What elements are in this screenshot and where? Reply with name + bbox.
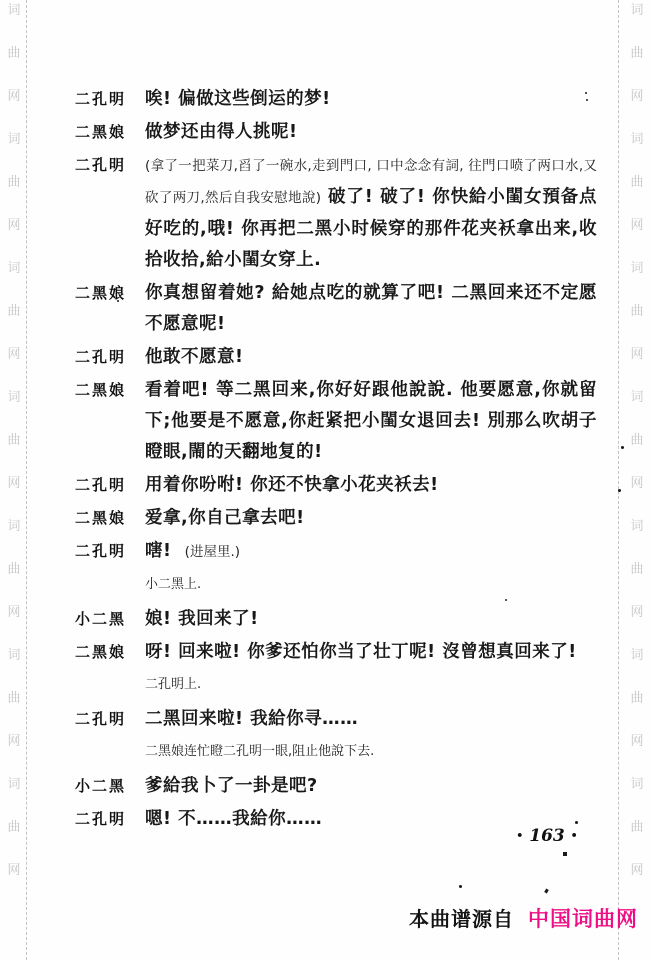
- speaker-name: 二孔明: [75, 804, 145, 835]
- script-line: 二孔明 嗐! (进屋里.): [75, 536, 597, 568]
- speaker-name: 小二黑: [75, 604, 145, 635]
- dialogue-text: 他敢不愿意!: [145, 342, 597, 373]
- script-line: 小二黑 娘! 我回来了!: [75, 604, 597, 635]
- speaker-name: 二孔明: [75, 342, 145, 373]
- script-line: 小二黑 爹給我卜了一卦是吧?: [75, 771, 597, 802]
- ink-speck: [544, 889, 549, 894]
- stage-direction: 小二黑上.: [145, 570, 597, 602]
- ink-speck: [563, 852, 567, 856]
- speaker-name: 二孔明: [75, 470, 145, 501]
- source-footer: 本曲谱源自中国词曲网: [409, 903, 638, 933]
- dialogue-text: 爹給我卜了一卦是吧?: [145, 771, 597, 802]
- right-dashed-rule: [618, 0, 619, 960]
- dialogue-text: 呀! 回来啦! 你爹还怕你当了壮丁呢! 沒曾想真回来了!: [145, 637, 597, 668]
- stage-direction: 二孔明上.: [145, 670, 597, 702]
- script-line: 二黑娘 做梦还由得人挑呢!: [75, 117, 597, 148]
- script-line: 二孔明 用着你吩咐! 你还不快拿小花夹袄去!: [75, 470, 597, 501]
- ink-speck: [621, 446, 624, 449]
- dialogue-text: 二黑回来啦! 我給你寻……: [145, 704, 597, 735]
- script-line: 二孔明 (拿了一把菜刀,舀了一碗水,走到門口, 口中念念有詞, 往門口喷了两口水…: [75, 150, 597, 276]
- speaker-name: 二黑娘: [75, 637, 145, 668]
- ink-speck: [117, 300, 119, 302]
- script-line: 小二黑上.: [75, 570, 597, 602]
- speaker-name: 二孔明: [75, 84, 145, 115]
- ink-speck: [618, 489, 621, 492]
- speaker-name: [75, 670, 145, 702]
- page-number-bullet: •: [571, 829, 578, 842]
- watermark-column-right: 词曲网词曲网词曲网词曲网词曲网词曲网词曲网: [626, 0, 648, 960]
- speaker-name: 二孔明: [75, 536, 145, 568]
- speaker-name: 二黑娘: [75, 117, 145, 148]
- speaker-name: 二黑娘: [75, 375, 145, 468]
- speaker-name: [75, 737, 145, 769]
- ink-speck: [586, 99, 588, 101]
- speaker-name: 二孔明: [75, 150, 145, 276]
- script-line: 二黑娘连忙瞪二孔明一眼,阻止他說下去.: [75, 737, 597, 769]
- script-line: 二孔明 二黑回来啦! 我給你寻……: [75, 704, 597, 735]
- script-line: 二黑娘 呀! 回来啦! 你爹还怕你当了壮丁呢! 沒曾想真回来了!: [75, 637, 597, 668]
- stage-direction: 二黑娘连忙瞪二孔明一眼,阻止他說下去.: [145, 737, 597, 769]
- left-dashed-rule: [26, 0, 27, 960]
- dialogue-text: (拿了一把菜刀,舀了一碗水,走到門口, 口中念念有詞, 往門口喷了两口水,又砍了…: [145, 150, 597, 276]
- script-body: 二孔明 唉! 偏做这些倒运的梦! 二黑娘 做梦还由得人挑呢! 二孔明 (拿了一把…: [75, 84, 597, 837]
- ink-speck: [459, 885, 462, 888]
- site-name: 中国词曲网: [528, 907, 638, 931]
- speaker-name: 二孔明: [75, 704, 145, 735]
- speaker-name: 二黑娘: [75, 503, 145, 534]
- dialogue-text: 你真想留着她? 給她点吃的就算了吧! 二黑回来还不定愿不愿意呢!: [145, 278, 597, 340]
- dialogue-text: 娘! 我回来了!: [145, 604, 597, 635]
- ink-speck: [575, 821, 578, 824]
- scanned-script-page: 词曲网词曲网词曲网词曲网词曲网词曲网词曲网 词曲网词曲网词曲网词曲网词曲网词曲网…: [0, 0, 650, 960]
- speaker-name: 二黑娘: [75, 278, 145, 340]
- dialogue-text: 嗐! (进屋里.): [145, 536, 597, 568]
- dialogue-text: 看着吧! 等二黑回来,你好好跟他說說. 他要愿意,你就留下;他要是不愿意,你赶紧…: [145, 375, 597, 468]
- page-number-value: 163: [529, 826, 565, 846]
- page-number: • 163 •: [512, 826, 582, 846]
- stage-direction: (进屋里.): [185, 544, 240, 560]
- dialogue-text: 做梦还由得人挑呢!: [145, 117, 597, 148]
- page-number-bullet: •: [516, 829, 523, 842]
- source-label: 本曲谱源自: [409, 907, 514, 931]
- script-line: 二孔明上.: [75, 670, 597, 702]
- script-line: 二黑娘 你真想留着她? 給她点吃的就算了吧! 二黑回来还不定愿不愿意呢!: [75, 278, 597, 340]
- dialogue-text: 嗐!: [145, 541, 171, 561]
- dialogue-text: 用着你吩咐! 你还不快拿小花夹袄去!: [145, 470, 597, 501]
- ink-speck: [585, 92, 587, 94]
- speaker-name: 小二黑: [75, 771, 145, 802]
- script-line: 二孔明 唉! 偏做这些倒运的梦!: [75, 84, 597, 115]
- watermark-column-left: 词曲网词曲网词曲网词曲网词曲网词曲网词曲网: [3, 0, 25, 960]
- script-line: 二黑娘 爱拿,你自己拿去吧!: [75, 503, 597, 534]
- speaker-name: [75, 570, 145, 602]
- script-line: 二孔明 他敢不愿意!: [75, 342, 597, 373]
- script-line: 二黑娘 看着吧! 等二黑回来,你好好跟他說說. 他要愿意,你就留下;他要是不愿意…: [75, 375, 597, 468]
- dialogue-text: 爱拿,你自己拿去吧!: [145, 503, 597, 534]
- ink-speck: [505, 599, 507, 601]
- dialogue-text: 唉! 偏做这些倒运的梦!: [145, 84, 597, 115]
